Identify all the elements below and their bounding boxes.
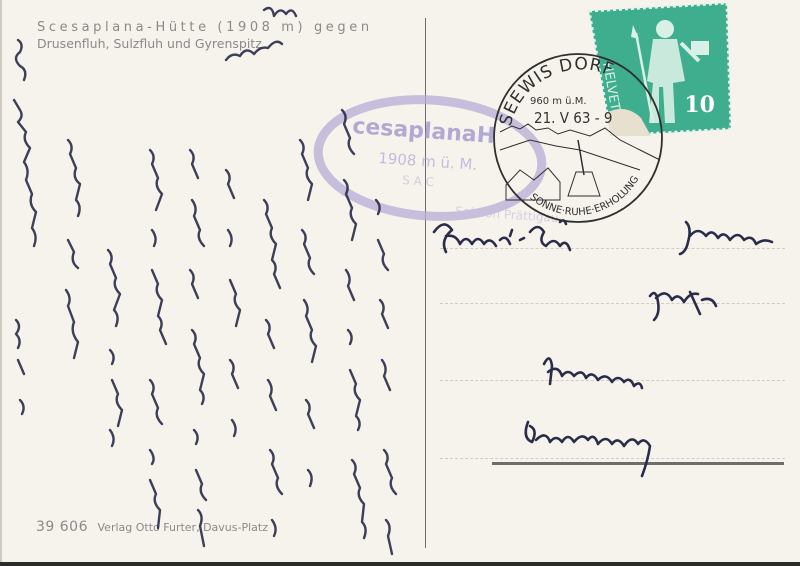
handwritten-message [14,8,396,554]
card-edge [0,562,800,566]
handwritten-address [434,220,772,476]
handwriting [0,0,800,566]
postcard-back: Scesaplana-Hütte (1908 m) gegen Drusenfl… [0,0,800,566]
